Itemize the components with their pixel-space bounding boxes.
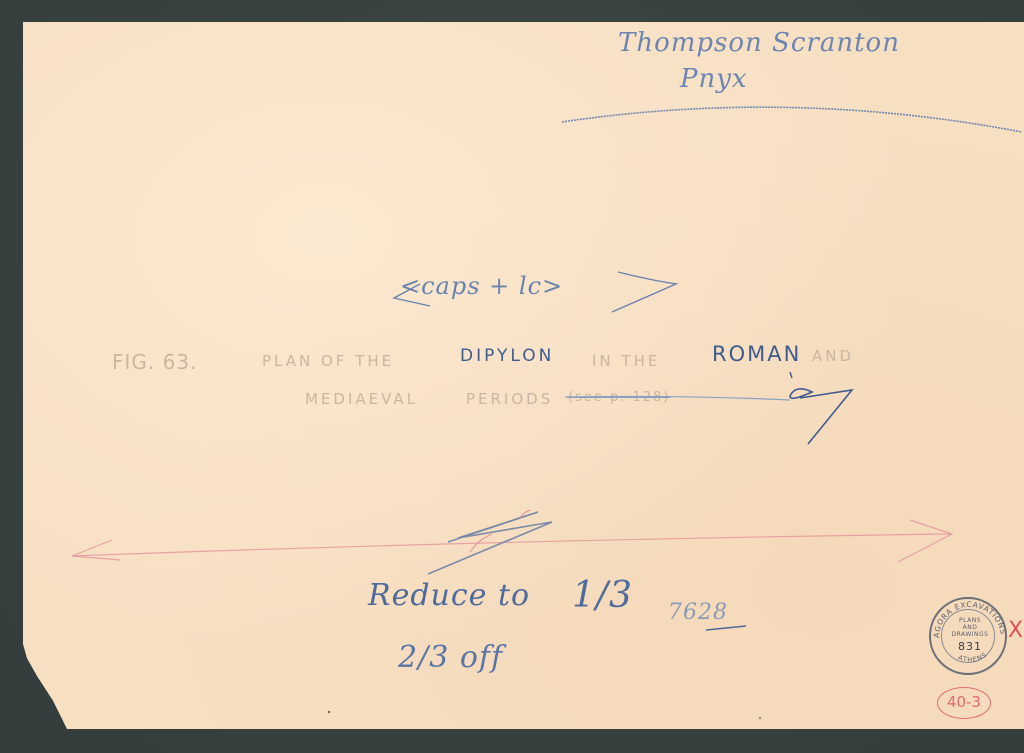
- agora-excavations-stamp: AGORA EXCAVATIONS ATHENS PLANS AND DRAWI…: [929, 597, 1007, 675]
- stamp-line-drawings: DRAWINGS: [952, 631, 989, 638]
- caption-dipylon: DIPYLON: [460, 346, 554, 366]
- caption-in-the: IN THE: [592, 352, 660, 370]
- caption-figure-label: FIG. 63.: [112, 350, 197, 374]
- stamp-line-plans: PLANS: [959, 617, 981, 624]
- caption-mediaeval: MEDIAEVAL: [305, 390, 418, 408]
- header-note-names: Thompson Scranton: [618, 28, 900, 58]
- reduction-fraction: 1/3: [572, 575, 633, 616]
- catalog-number: 7628: [668, 600, 728, 625]
- stamp-number: 831: [931, 640, 1009, 653]
- caption-plan-of-the: PLAN OF THE: [262, 352, 394, 370]
- red-x-mark: X: [1008, 618, 1023, 643]
- typesetting-note: <caps + lc>: [400, 272, 563, 300]
- caption-roman: ROMAN: [712, 342, 801, 366]
- stamp-line-and: AND: [963, 624, 978, 631]
- caption-struck-reference: (see p. 128): [568, 390, 670, 405]
- paper-sheet: [23, 22, 1024, 729]
- caption-periods: PERIODS: [466, 390, 553, 408]
- red-circled-label: 40-3: [937, 687, 991, 719]
- header-note-pnyx: Pnyx: [680, 64, 748, 94]
- caption-and: AND: [812, 347, 854, 365]
- stamp-center: PLANS AND DRAWINGS 831: [931, 617, 1009, 653]
- reduction-note: Reduce to: [368, 578, 530, 613]
- reduction-secondary: 2/3 off: [398, 640, 503, 675]
